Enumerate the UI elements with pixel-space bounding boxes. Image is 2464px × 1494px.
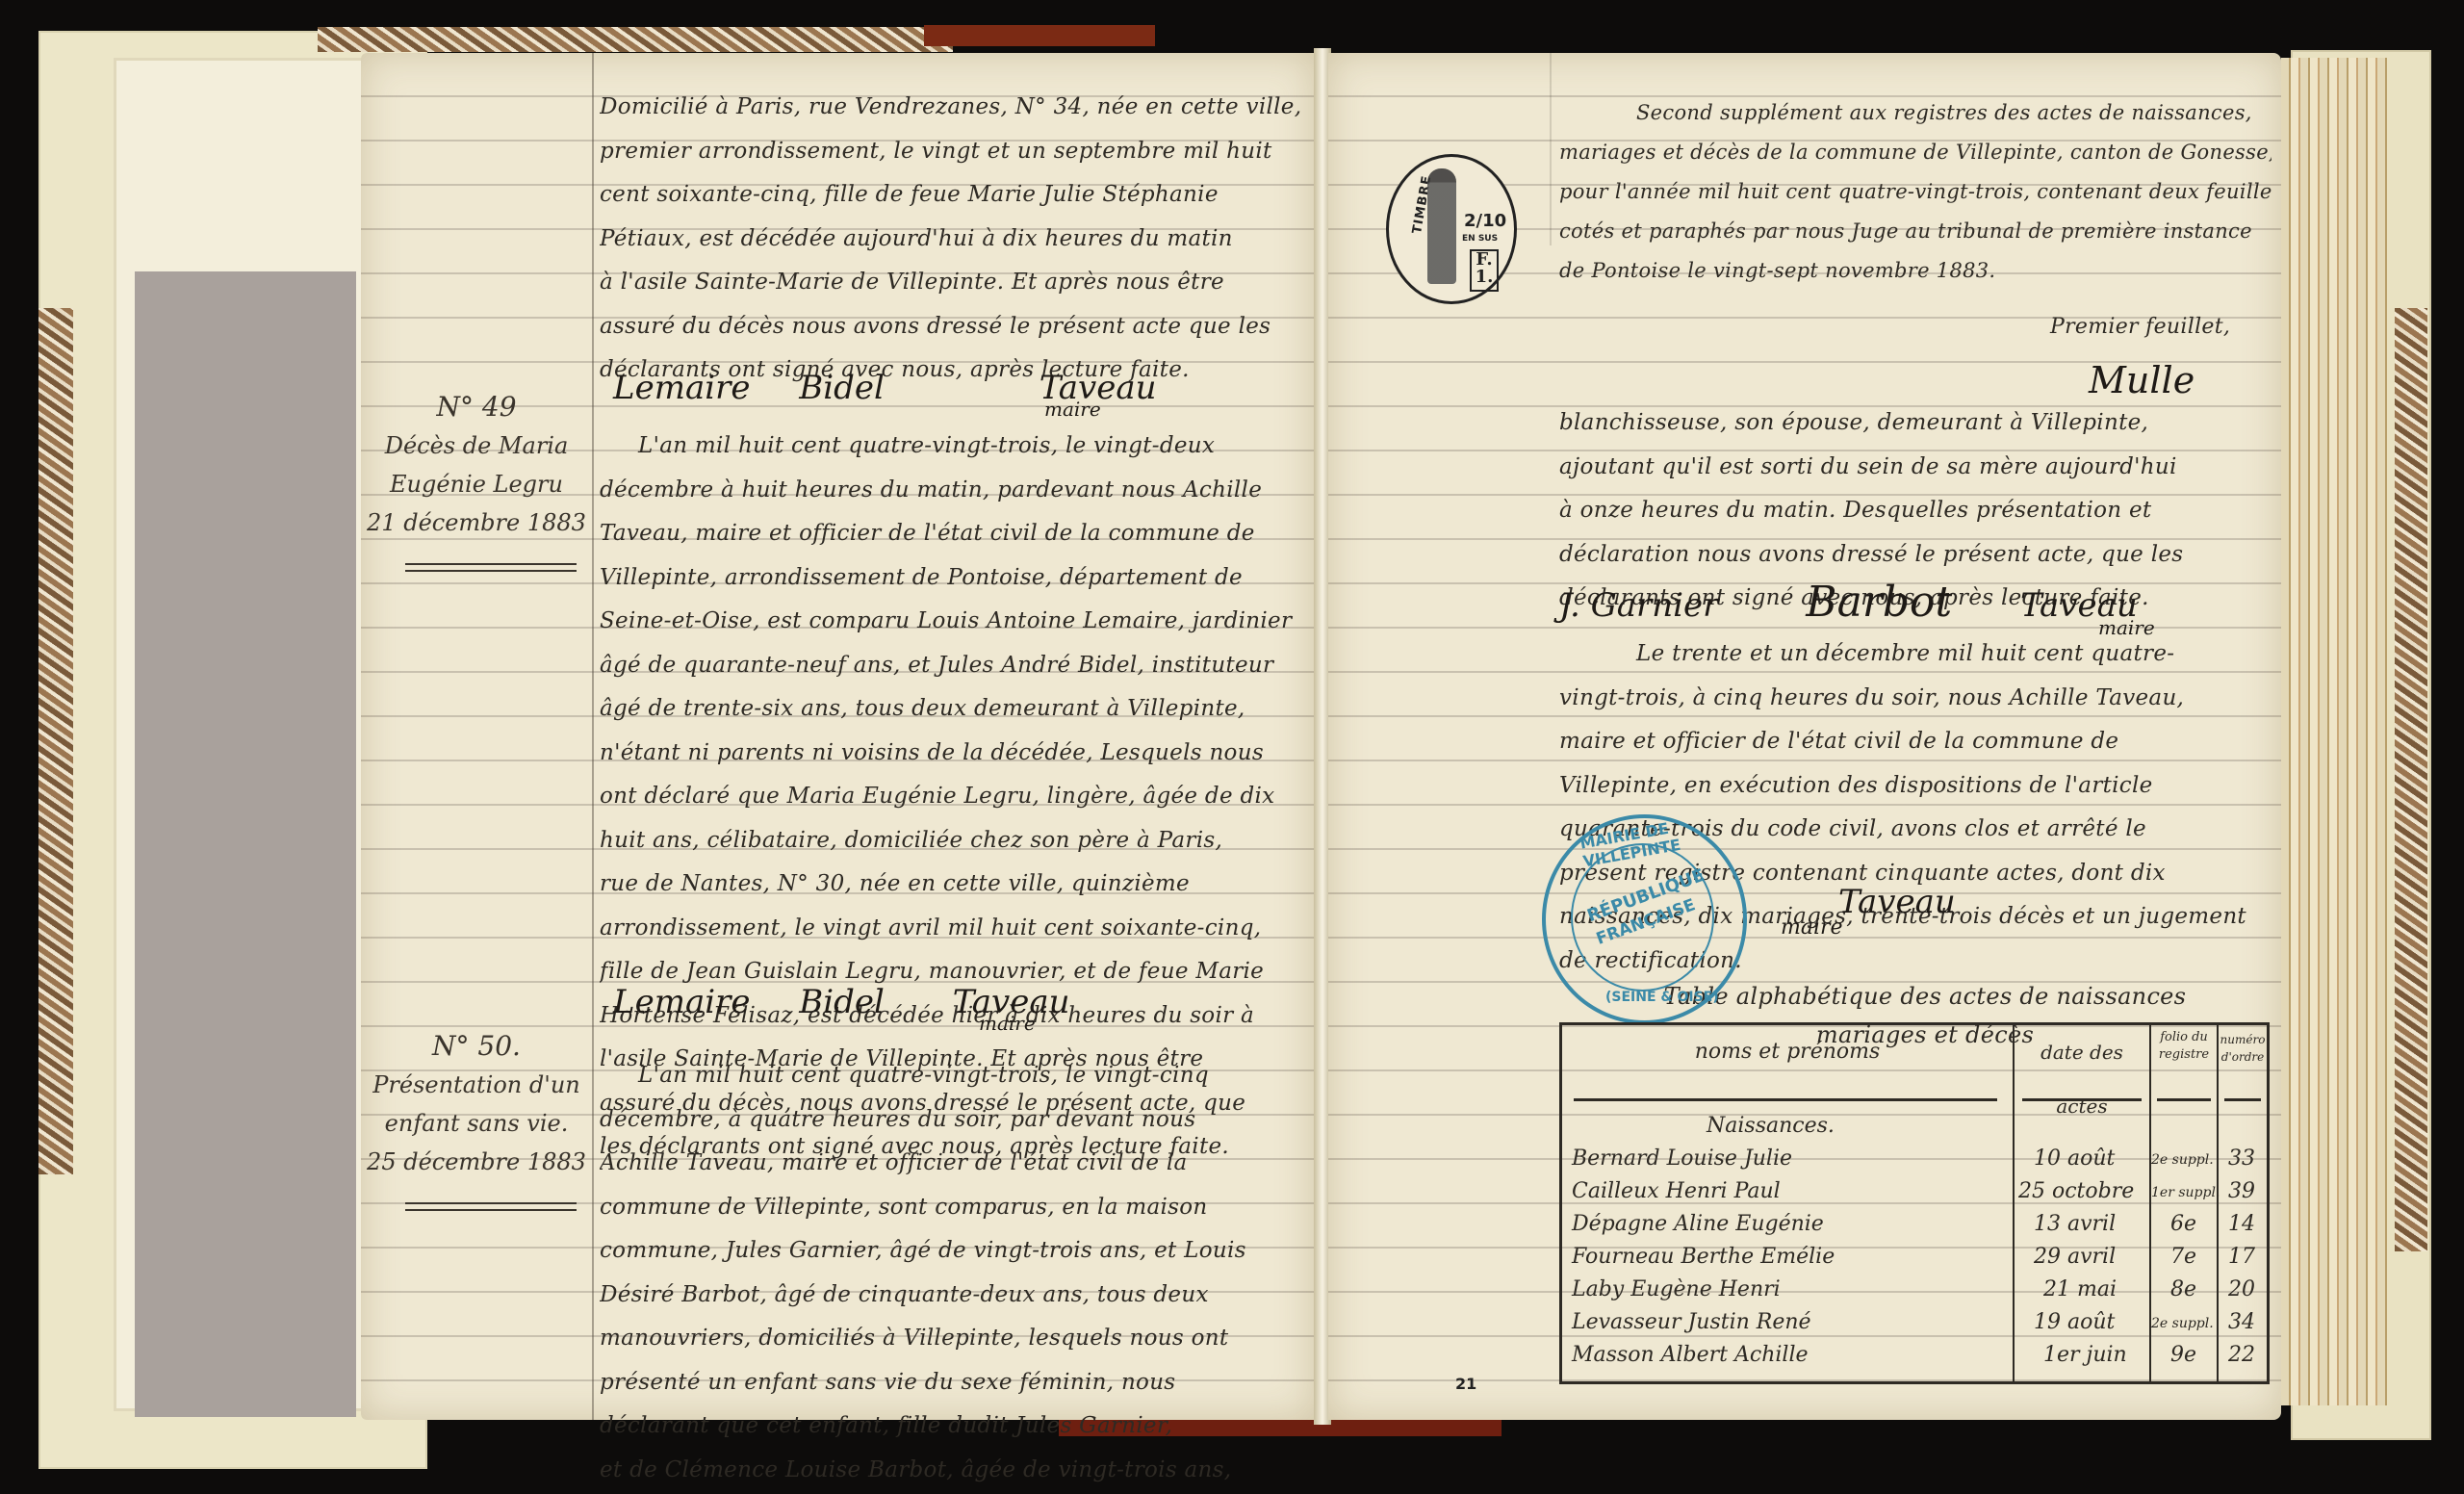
text-line: Second supplément aux registres des acte… [1559,93,2271,133]
cell-date: 13 avril [2034,1212,2116,1236]
cell-name: Bernard Louise Julie [1572,1146,1792,1171]
signature: Bidel [799,369,885,407]
text-line: rue de Nantes, N° 30, née en cette ville… [600,863,1307,907]
margin-rule [592,53,594,1420]
text-line: arrondissement, le vingt avril mil huit … [600,907,1307,951]
cell-name: Levasseur Justin René [1572,1310,1811,1334]
cell-number: 22 [2228,1343,2255,1367]
text-line: commune, Jules Garnier, âgé de vingt-tro… [600,1229,1307,1274]
text-line: Villepinte, en exécution des disposition… [1559,764,2276,809]
left-page: Domicilié à Paris, rue Vendrezanes, N° 3… [361,53,1314,1420]
entry-date: 25 décembre 1883 [367,1143,586,1181]
cell-date: 1er juin [2043,1343,2127,1367]
text-line: blanchisseuse, son épouse, demeurant à V… [1559,401,2276,446]
mairie-seal: MAIRIE DE VILLEPINTE RÉPUBLIQUE FRANÇAIS… [1542,814,1747,1024]
text-line: Pétiaux, est décédée aujourd'hui à dix h… [600,218,1302,262]
text-line: ajoutant qu'il est sorti du sein de sa m… [1559,446,2276,490]
cell-folio: 2e suppl. [2151,1316,2214,1331]
table-row: Cailleux Henri Paul 25 octobre 1er suppl… [1562,1175,2267,1208]
entry-number: N° 50. [367,1027,586,1066]
entry-title: Eugénie Legru [367,465,586,503]
mayor-signature: Taveau maire [1838,883,1956,921]
signatures-row: Lemaire Bidel Taveau maire [613,369,1306,407]
marbled-endpaper-top [318,27,953,52]
text-line: âgé de quarante-neuf ans, et Jules André… [600,644,1307,688]
table-row: Dépagne Aline Eugénie 13 avril 6e 14 [1562,1208,2267,1241]
cell-number: 20 [2228,1277,2255,1301]
cell-folio: 8e [2170,1277,2196,1301]
entry-date: 21 décembre 1883 [367,503,586,542]
section-label: Naissances. [1707,1114,1835,1138]
seal-bottom-text: (SEINE & OISE) [1605,990,1719,1005]
signature-title: maire [1044,398,1101,421]
justice-figure-icon [1427,168,1456,284]
signature-title: maire [979,1012,1036,1035]
text-line: assuré du décès nous avons dressé le pré… [600,305,1302,349]
cell-number: 17 [2228,1245,2255,1269]
text-line: déclaration nous avons dressé le présent… [1559,533,2276,578]
entry-50-text: L'an mil huit cent quatre-vingt-trois, l… [600,1054,1307,1492]
marbled-endpaper-left [38,308,73,1174]
register-header-text: Second supplément aux registres des acte… [1559,93,2271,291]
cell-date: 10 août [2034,1146,2115,1171]
text-line: cent soixante-cinq, fille de feue Marie … [600,173,1302,218]
text-line: âgé de trente-six ans, tous deux demeura… [600,687,1307,732]
text-line: premier arrondissement, le vingt et un s… [600,130,1302,174]
entry-title: Présentation d'un [367,1066,586,1104]
table-row: Laby Eugène Henri 21 mai 8e 20 [1562,1274,2267,1306]
cell-folio: 1er suppl. [2151,1185,2220,1200]
cell-name: Dépagne Aline Eugénie [1572,1212,1824,1236]
text-line: et de Clémence Louise Barbot, âgée de vi… [600,1449,1307,1493]
text-line: Domicilié à Paris, rue Vendrezanes, N° 3… [600,86,1302,130]
text-line: décembre à huit heures du matin, pardeva… [600,469,1307,513]
column-header-date: date des actes [2015,1025,2149,1098]
table-section-header: Naissances. [1562,1110,2267,1143]
cell-number: 33 [2228,1146,2255,1171]
text-line: cotés et paraphés par nous Juge au tribu… [1559,212,2271,251]
cell-folio: 2e suppl. [2151,1152,2214,1168]
header-rule [1574,1098,1997,1101]
text-line: Le trente et un décembre mil huit cent q… [1559,632,2276,677]
column-header-number: numéro d'ordre [2219,1025,2267,1104]
header-rule [2022,1098,2142,1101]
margin-note-entry-49: N° 49 Décès de Maria Eugénie Legru 21 dé… [367,388,586,572]
text-line: L'an mil huit cent quatre-vingt-trois, l… [600,425,1307,469]
page-number: 21 [1455,1375,1476,1393]
cell-date: 21 mai [2043,1277,2117,1301]
cell-date: 29 avril [2034,1245,2116,1269]
alphabetic-table: noms et prénoms date des actes folio du … [1559,1022,2270,1384]
text-line: ont déclaré que Maria Eugénie Legru, lin… [600,775,1307,819]
cell-date: 19 août [2034,1310,2115,1334]
margin-rule [1550,53,1552,245]
text-line: à onze heures du matin. Desquelles prése… [1559,489,2276,533]
margin-note-entry-50: N° 50. Présentation d'un enfant sans vie… [367,1027,586,1211]
entry-title: enfant sans vie. [367,1104,586,1143]
double-rule [405,563,577,572]
cell-folio: 9e [2170,1343,2196,1367]
red-spine-band-top [924,25,1155,46]
header-rule [2224,1098,2261,1101]
text-line: déclarant que cet enfant, fille dudit Ju… [600,1404,1307,1449]
signature-title: maire [1781,915,1843,940]
signature: Barbot [1806,578,1952,627]
text-line: huit ans, célibataire, domiciliée chez s… [600,819,1307,863]
text-line: manouvriers, domiciliés à Villepinte, le… [600,1317,1307,1361]
table-row: Masson Albert Achille 1er juin 9e 22 [1562,1339,2267,1372]
header-rule [2157,1098,2211,1101]
double-rule [405,1202,577,1211]
fiscal-stamp-timbre: TIMBRE 2/10 EN SUS F. 1. [1386,154,1517,304]
table-row: Bernard Louise Julie 10 août 2e suppl. 3… [1562,1143,2267,1175]
text-line: Seine-et-Oise, est comparu Louis Antoine… [600,600,1307,644]
cell-number: 14 [2228,1212,2255,1236]
cell-number: 39 [2228,1179,2255,1203]
marbled-endpaper-right [2395,308,2427,1251]
entry-title: Décès de Maria [367,426,586,465]
table-row: Levasseur Justin René 19 août 2e suppl. … [1562,1306,2267,1339]
text-line: Taveau, maire et officier de l'état civi… [600,512,1307,556]
text-line: Achille Taveau, maire et officier de l'é… [600,1142,1307,1186]
cell-name: Masson Albert Achille [1572,1343,1809,1367]
signature: Taveau [1838,883,1956,921]
column-header-folio: folio du registre [2151,1025,2217,1102]
text-line: Désiré Barbot, âgé de cinquante-deux ans… [600,1274,1307,1318]
page-edges-right [2281,58,2387,1405]
left-continuation-text: Domicilié à Paris, rue Vendrezanes, N° 3… [600,86,1302,393]
signature: J. Garnier [1559,586,1718,625]
stamp-sub: EN SUS [1462,234,1498,244]
feuillet-label: Premier feuillet, [2050,305,2230,349]
signature: Lemaire [613,369,750,407]
text-line: commune de Villepinte, sont comparus, en… [600,1186,1307,1230]
text-line: maire et officier de l'état civil de la … [1559,720,2276,764]
cell-folio: 6e [2170,1212,2196,1236]
cell-name: Fourneau Berthe Emélie [1572,1245,1835,1269]
text-line: n'étant ni parents ni voisins de la décé… [600,732,1307,776]
signature: Lemaire [613,983,750,1021]
text-line: décembre, à quatre heures du soir, par d… [600,1098,1307,1143]
signatures-row: J. Garnier Barbot Taveau maire [1559,578,2271,627]
text-line: à l'asile Sainte-Marie de Villepinte. Et… [600,261,1302,305]
table-row: Fourneau Berthe Emélie 29 avril 7e 17 [1562,1241,2267,1274]
cell-date: 25 octobre [2018,1179,2134,1203]
cell-number: 34 [2228,1310,2255,1334]
text-line: Villepinte, arrondissement de Pontoise, … [600,556,1307,601]
judge-signature: Mulle [2089,359,2194,401]
text-line: L'an mil huit cent quatre-vingt-trois, l… [600,1054,1307,1098]
entry-number: N° 49 [367,388,586,426]
grey-insert-slip [135,271,356,1417]
signature: Bidel [799,983,885,1021]
cell-name: Laby Eugène Henri [1572,1277,1781,1301]
text-line: mariages et décès de la commune de Ville… [1559,133,2271,172]
text-line: vingt-trois, à cinq heures du soir, nous… [1559,677,2276,721]
text-line: de Pontoise le vingt-sept novembre 1883. [1559,251,2271,291]
column-header-names: noms et prénoms [1562,1025,2013,1098]
signatures-row: Lemaire Bidel Taveau maire [613,983,1306,1021]
cell-folio: 7e [2170,1245,2196,1269]
cell-name: Cailleux Henri Paul [1572,1179,1781,1203]
stamp-denomination: F. 1. [1470,249,1499,292]
stamp-value: 2/10 [1464,213,1506,230]
text-line: présenté un enfant sans vie du sexe fémi… [600,1361,1307,1405]
text-line: pour l'année mil huit cent quatre-vingt-… [1559,172,2271,212]
